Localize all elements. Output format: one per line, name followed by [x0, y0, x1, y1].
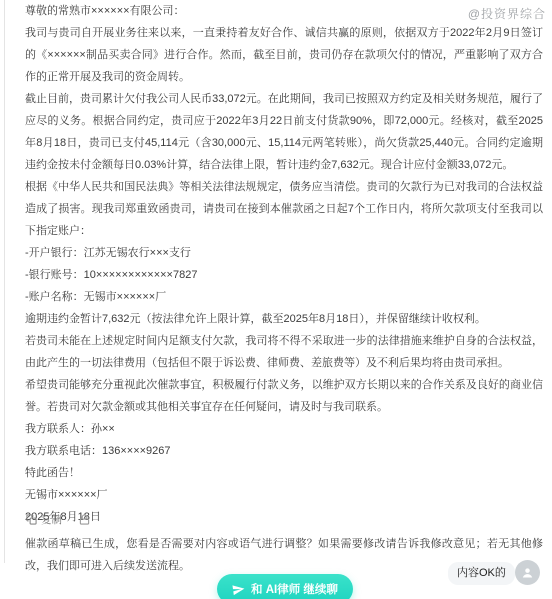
letter-paragraph: 2025年8月18日	[25, 506, 543, 528]
continue-chat-button[interactable]: 和 AI律师 继续聊	[217, 574, 353, 599]
letter-paragraph: 截止目前，贵司累计欠付我公司人民币33,072元。在此期间，我司已按照双方约定及…	[25, 88, 543, 176]
panel-left-border	[4, 0, 5, 563]
copy-button[interactable]: 复制	[26, 512, 62, 527]
send-icon	[231, 582, 246, 597]
copy-label: 复制	[41, 512, 62, 527]
message-action-row: 复制	[26, 512, 90, 527]
letter-paragraph: 我方联系人：孙××	[25, 418, 543, 440]
continue-chat-label: 和 AI律师 继续聊	[251, 581, 338, 597]
letter-paragraph: -账户名称：无锡市××××××厂	[25, 286, 543, 308]
letter-paragraph: 若贵司未能在上述规定时间内足额支付欠款，我司将不得不采取进一步的法律措施来维护自…	[25, 330, 543, 374]
letter-paragraph: 我方联系电话：136××××9267	[25, 440, 543, 462]
letter-paragraph: 希望贵司能够充分重视此次催款事宜，积极履行付款义务，以维护双方长期以来的合作关系…	[25, 374, 543, 418]
person-icon	[520, 565, 535, 580]
letter-paragraph: -银行账号：10××××××××××××7827	[25, 264, 543, 286]
lock-button[interactable]	[79, 514, 90, 525]
copy-icon	[26, 514, 37, 525]
letter-paragraph: 特此函告！	[25, 462, 543, 484]
letter-paragraph: 我司与贵司自开展业务往来以来，一直秉持着友好合作、诚信共赢的原则，依据双方于20…	[25, 22, 543, 88]
letter-paragraph: 逾期违约金暂计7,632元（按法律允许上限计算，截至2025年8月18日），并保…	[25, 308, 543, 330]
lock-icon	[79, 514, 90, 525]
ai-lawyer-chat-panel: @投资界综合 尊敬的常熟市××××××有限公司：我司与贵司自开展业务往来以来，一…	[0, 0, 552, 599]
letter-paragraph: 根据《中华人民共和国民法典》等相关法律法规规定，债务应当清偿。贵司的欠款行为已对…	[25, 176, 543, 242]
letter-paragraph: 尊敬的常熟市××××××有限公司：	[25, 0, 543, 22]
letter-paragraph: 无锡市××××××厂	[25, 484, 543, 506]
demand-letter-message: 尊敬的常熟市××××××有限公司：我司与贵司自开展业务往来以来，一直秉持着友好合…	[25, 0, 543, 577]
user-message-bubble: 内容OK的	[448, 562, 515, 585]
letter-paragraph: -开户银行：江苏无锡农行×××支行	[25, 242, 543, 264]
demand-letter-body: 尊敬的常熟市××××××有限公司：我司与贵司自开展业务往来以来，一直秉持着友好合…	[25, 0, 543, 528]
user-avatar	[515, 560, 540, 585]
